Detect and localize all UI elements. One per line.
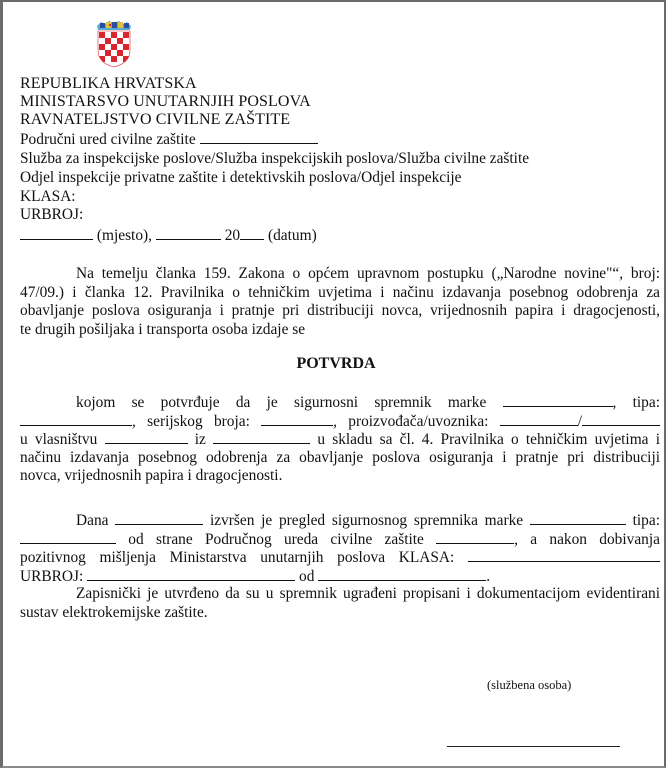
intro-line: obavljanje poslova osiguranja i pratnje …	[20, 302, 660, 321]
inspection-paragraph: Dana izvršen je pregled sigurnosnog spre…	[20, 511, 660, 622]
year-prefix: 20	[225, 227, 240, 244]
serial-blank-field[interactable]	[261, 412, 333, 426]
confirmation-line-1: kojom se potvrđuje da je sigurnosni spre…	[20, 393, 660, 412]
importer-blank-field[interactable]	[582, 412, 660, 426]
place-label: (mjesto),	[97, 227, 152, 244]
klasa-label: KLASA:	[20, 188, 76, 206]
confirmation-line-2: , serijskog broja: , proizvođača/uvoznik…	[20, 412, 660, 431]
ministry-klasa-blank-field[interactable]	[468, 548, 660, 562]
confirmation-line-5: novca, vrijednosnih papira i dragocjenos…	[20, 467, 660, 486]
place-date-line: (mjesto), 20 (datum)	[20, 226, 317, 245]
year-blank-field[interactable]	[240, 226, 264, 240]
intro-paragraph: Na temelju članka 159. Zakona o općem up…	[20, 265, 660, 339]
header-republika: REPUBLIKA HRVATSKA	[20, 75, 197, 93]
inspection-date-blank-field[interactable]	[115, 511, 203, 525]
department-line: Odjel inspekcije privatne zaštite i dete…	[20, 169, 462, 187]
confirmation-line-4: načinu izdavanja posebnog odobrenja za o…	[20, 449, 660, 468]
manufacturer-blank-field[interactable]	[500, 412, 578, 426]
intro-line: te drugih pošiljaka i transporta osoba i…	[20, 321, 660, 340]
inspection-line-2: od strane Područnog ureda civilne zaštit…	[20, 530, 660, 549]
ministry-urbroj-blank-field[interactable]	[87, 567, 295, 581]
inspection-line-4: URBROJ: od .	[20, 567, 660, 586]
urbroj-label: URBROJ:	[20, 206, 83, 224]
confirmation-line-3: u vlasništvu iz u skladu sa čl. 4. Pravi…	[20, 430, 660, 449]
type-blank-field[interactable]	[20, 412, 132, 426]
signature-line[interactable]	[447, 746, 620, 747]
confirmation-paragraph: kojom se potvrđuje da je sigurnosni spre…	[20, 393, 660, 486]
inspection-line-3: pozitivnog mišljenja Ministarstva unutar…	[20, 548, 660, 567]
date-blank-field[interactable]	[156, 226, 221, 240]
intro-line: 47/09.) i članka 12. Pravilnika o tehnič…	[20, 284, 660, 303]
service-line: Služba za inspekcijske poslove/Služba in…	[20, 150, 529, 168]
brand-blank-field[interactable]	[503, 393, 613, 407]
inspection-line-6: sustav elektrokemijske zaštite.	[20, 604, 660, 623]
intro-line: Na temelju članka 159. Zakona o općem up…	[20, 265, 660, 284]
regional-office-blank-field[interactable]	[436, 530, 514, 544]
office-blank-field[interactable]	[200, 130, 318, 144]
office-label: Područni ured civilne zaštite	[20, 131, 196, 148]
date-label: (datum)	[268, 227, 317, 244]
document-page: REPUBLIKA HRVATSKA MINISTARSVO UNUTARNJI…	[0, 0, 666, 768]
inspection-type-blank-field[interactable]	[20, 530, 116, 544]
document-title: POTVRDA	[3, 355, 666, 373]
inspection-line-1: Dana izvršen je pregled sigurnosnog spre…	[20, 511, 660, 530]
croatian-coat-of-arms-icon	[95, 18, 133, 68]
header-ministry: MINISTARSVO UNUTARNJIH POSLOVA	[20, 93, 311, 111]
inspection-brand-blank-field[interactable]	[530, 511, 626, 525]
owner-blank-field[interactable]	[105, 430, 188, 444]
signature-label: (službena osoba)	[487, 678, 571, 693]
ministry-date-blank-field[interactable]	[318, 567, 486, 581]
inspection-line-5: Zapisnički je utvrđeno da su u spremnik …	[20, 585, 660, 604]
office-line: Područni ured civilne zaštite	[20, 130, 318, 149]
place-blank-field[interactable]	[20, 226, 93, 240]
header-directorate: RAVNATELJSTVO CIVILNE ZAŠTITE	[20, 111, 290, 129]
owner-location-blank-field[interactable]	[213, 430, 310, 444]
